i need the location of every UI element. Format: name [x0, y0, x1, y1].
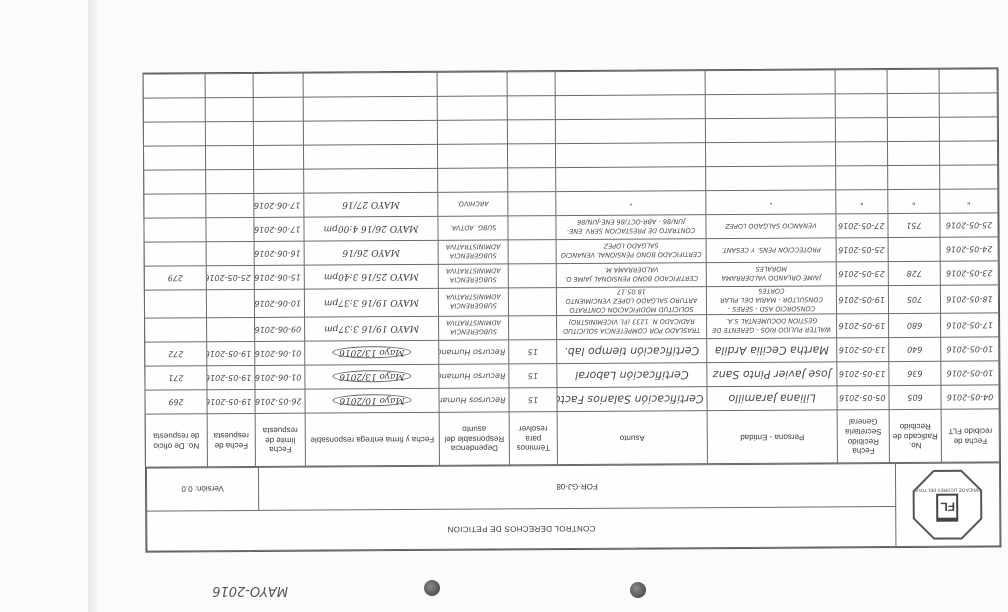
cell-asunto [555, 71, 705, 96]
cell-radicado: " [888, 189, 940, 213]
cell-fecha-secretaria: 23-05-2016 [836, 262, 888, 286]
cell-terminos [507, 144, 555, 168]
cell-persona-entidad: " [706, 190, 836, 215]
cell-asunto [555, 143, 705, 168]
fecha-limite-value: 17-06-2016 [254, 225, 301, 234]
entrega-firma-value: MAYO 25/16 3:40pm [324, 271, 419, 282]
cell-fecha-limite [253, 73, 303, 97]
cell-fecha-respuesta [206, 289, 254, 317]
cell-fecha-recibido [940, 165, 998, 189]
form-title: CONTROL DERECHOS DE PETICION [147, 506, 896, 551]
dependencia-value: SUBGERENCIA ADMINISTRATIVA [446, 319, 501, 336]
fecha-respuesta-value: 19-05-2016 [207, 349, 252, 358]
cell-persona-entidad: PROTECCION PENS. Y CESANT. [706, 238, 836, 263]
persona-entidad-value: Liliana Jaramillo [728, 392, 815, 406]
radicado-value: 640 [907, 345, 922, 354]
cell-terminos [507, 72, 555, 96]
fecha-secretaria-value: 13-05-2016 [839, 369, 886, 378]
cell-persona-entidad: Jose Javier Pinto Sanz [707, 362, 837, 387]
cell-dependencia: Recursos Humanos [439, 388, 509, 412]
cell-oficio: 269 [145, 390, 207, 414]
cell-terminos: 15 [509, 364, 557, 388]
cell-fecha-limite [253, 97, 303, 121]
cell-persona-entidad [705, 118, 835, 143]
cell-dependencia: SUBGERENCIA ADMINISTRATIVA [438, 240, 508, 264]
dependencia-value: SUBGERENCIA ADMINISTRATIVA [446, 267, 501, 284]
col-fecha-recibido: Fecha de recibido FLT [941, 409, 999, 462]
asunto-value: Certificación tiempo lab. [564, 344, 699, 358]
col-terminos: Términos para resolver [509, 412, 557, 465]
fecha-recibido-value: 17-05-2016 [946, 320, 993, 329]
asunto-value: Certificación Laboral [575, 368, 689, 382]
cell-dependencia: SUBGERENCIA ADMINISTRATIVA [439, 316, 509, 340]
fecha-limite-value: 01-06-2016 [255, 349, 302, 358]
cell-fecha-secretaria: " [836, 190, 888, 214]
dependencia-value: SUBGERENCIA ADMINISTRATIVA [446, 243, 501, 260]
persona-entidad-value: VENANCIO SALGADO LOPEZ [725, 222, 816, 231]
asunto-value: Certificación Salarios Factores [557, 392, 704, 406]
fecha-secretaria-value: 19-05-2016 [838, 295, 885, 304]
persona-entidad-value: CONSORCIO ASD - SERES - CONSULTOR - MARI… [720, 287, 823, 313]
fecha-limite-value: 01-06-2016 [255, 373, 302, 382]
cell-terminos [508, 264, 556, 288]
handwritten-month-note: MAYO-2016 [212, 583, 288, 598]
radicado-value: 605 [907, 393, 922, 402]
form-header: FL FABRICA DE LICORES DEL TOLIMA CONTROL… [146, 462, 1000, 551]
cell-radicado: 640 [889, 337, 941, 361]
cell-fecha-secretaria: 27-05-2016 [836, 214, 888, 238]
cell-fecha-recibido [939, 117, 997, 141]
cell-fecha-recibido: 18-05-2016 [940, 285, 998, 313]
cell-persona-entidad [706, 166, 836, 191]
oficio-value: 269 [168, 397, 183, 406]
petition-control-form: FL FABRICA DE LICORES DEL TOLIMA CONTROL… [143, 67, 1002, 552]
form-code: FOR-GJ-08 [258, 464, 895, 511]
fecha-limite-value: 09-06-2016 [255, 325, 302, 334]
cell-entrega-firma [303, 144, 437, 169]
cell-fecha-respuesta: 25-05-2016 [206, 265, 254, 289]
cell-radicado [887, 69, 939, 93]
cell-radicado: 751 [888, 213, 940, 237]
persona-entidad-value: " [769, 198, 772, 206]
cell-fecha-recibido: " [940, 189, 998, 213]
fecha-secretaria-value: 27-05-2016 [838, 221, 885, 230]
cell-asunto: TRASLADO POR COMPETENCIA SOLICITUD RADIC… [557, 315, 707, 340]
cell-entrega-firma: Mayo 13/2016 [305, 364, 439, 389]
cell-fecha-recibido: 24-05-2016 [940, 237, 998, 261]
cell-fecha-respuesta [206, 241, 254, 265]
cell-radicado [887, 141, 939, 165]
cell-oficio [143, 146, 205, 170]
col-radicado: No. Radicado de Recibido [889, 409, 941, 462]
entrega-firma-value: MAYO 19/16 3:37pm [324, 323, 419, 334]
cell-fecha-recibido: 10-05-2016 [941, 337, 999, 361]
asunto-value: CERTIFICADO BONO PENSIONAL VENANCIO SALG… [561, 242, 702, 260]
cell-radicado: 605 [889, 385, 941, 409]
cell-entrega-firma: Mayo 13/2016 [305, 340, 439, 365]
radicado-value: 728 [907, 269, 922, 278]
col-fecha-limite: Fecha límite de respuesta [255, 413, 305, 466]
fecha-secretaria-value: 13-05-2016 [839, 345, 886, 354]
cell-dependencia: ARCHIVO. [438, 192, 508, 216]
persona-entidad-value: WALTER PULIDO RIOS - GERENTE DE GESTION … [712, 317, 831, 335]
col-asunto: Asunto [557, 411, 707, 465]
cell-fecha-respuesta [205, 121, 253, 145]
cell-oficio [143, 74, 205, 98]
cell-asunto: CONTRATO DE PRESTACION SERV. ENE-Jun/86 … [556, 215, 706, 240]
col-oficio: No. De oficio de respuesta [145, 414, 207, 467]
cell-terminos [509, 316, 557, 340]
cell-asunto [556, 167, 706, 192]
asunto-value: SOLICITUD MODIFICACION CONTRATO ARTURO S… [566, 288, 698, 314]
cell-fecha-respuesta [206, 193, 254, 217]
persona-entidad-value: Jose Javier Pinto Sanz [713, 367, 831, 381]
cell-fecha-limite: 01-06-2016 [255, 341, 305, 365]
cell-radicado [887, 117, 939, 141]
scanned-page: MAYO-2016 FL FABRICA DE LICORES DEL TOLI… [0, 0, 1008, 612]
cell-radicado [888, 165, 940, 189]
cell-oficio [144, 242, 206, 266]
petition-table: Fecha de recibido FLT No. Radicado de Re… [143, 68, 1000, 467]
cell-fecha-respuesta [205, 73, 253, 97]
cell-persona-entidad: VENANCIO SALGADO LOPEZ [706, 214, 836, 239]
terminos-value: 15 [528, 395, 538, 404]
cell-fecha-recibido [939, 141, 997, 165]
cell-asunto: Certificación Salarios Factores [557, 387, 707, 412]
fecha-respuesta-value: 19-05-2016 [207, 397, 252, 406]
cell-asunto [555, 95, 705, 120]
cell-fecha-secretaria: 19-05-2016 [837, 314, 889, 338]
cell-terminos [508, 240, 556, 264]
fecha-secretaria-value: 19-05-2016 [839, 321, 886, 330]
terminos-value: 15 [528, 371, 538, 380]
dependencia-value: Recurso Humano [439, 371, 506, 380]
cell-dependencia: SUBGERENCIA ADMINISTRATIVA [438, 264, 508, 288]
radicado-value: 636 [907, 369, 922, 378]
fecha-recibido-value: 23-05-2016 [946, 268, 993, 277]
persona-entidad-value: Martha Cecilia Ardila [715, 343, 829, 357]
cell-oficio [144, 194, 206, 218]
cell-fecha-limite: 15-06-2016 [254, 265, 304, 289]
cell-fecha-limite: 16-06-2016 [254, 241, 304, 265]
cell-terminos [508, 192, 556, 216]
cell-radicado: 728 [888, 261, 940, 285]
cell-fecha-respuesta [205, 145, 253, 169]
radicado-value: " [912, 197, 916, 206]
cell-radicado [887, 93, 939, 117]
col-fecha-respuesta: Fecha de respuesta [207, 413, 255, 466]
cell-oficio: 272 [145, 342, 207, 366]
cell-entrega-firma: MAYO 19/16 3:37pm [304, 288, 438, 317]
cell-asunto: " [556, 191, 706, 216]
col-entrega: Fecha y firma entrega responsable [305, 412, 439, 466]
cell-terminos [508, 168, 556, 192]
entrega-firma-value: MAYO 26/16 [342, 248, 400, 258]
dependencia-value: Recursos Humanos [439, 395, 506, 404]
fecha-recibido-value: 18-05-2016 [946, 294, 993, 303]
cell-fecha-limite [253, 145, 303, 169]
cell-fecha-respuesta [207, 317, 255, 341]
asunto-value: TRASLADO POR COMPETENCIA SOLICITUD RADIC… [563, 318, 700, 336]
fecha-recibido-value: 04-05-2016 [947, 392, 994, 401]
cell-fecha-secretaria [835, 142, 887, 166]
cell-fecha-respuesta [205, 97, 253, 121]
cell-terminos: 15 [509, 340, 557, 364]
entrega-firma-value: Mayo 10/2016 [332, 394, 411, 406]
cell-oficio [144, 170, 206, 194]
dependencia-value: SUBG. ADTVA. [450, 223, 497, 231]
cell-fecha-secretaria [835, 94, 887, 118]
fecha-recibido-value: " [967, 197, 971, 206]
fecha-recibido-value: 10-05-2016 [947, 368, 994, 377]
entrega-firma-value: MAYO 26/16 4:00pm [324, 223, 419, 234]
cell-fecha-limite: 17-06-2016 [254, 193, 304, 217]
cell-fecha-recibido: 04-05-2016 [941, 385, 999, 409]
fecha-respuesta-value: 19-05-2016 [207, 373, 252, 382]
cell-persona-entidad: JAIME ORLANDO VALDERRAMA MORALES [706, 262, 836, 287]
fecha-secretaria-value: 05-05-2016 [839, 393, 886, 402]
asunto-value: " [629, 199, 632, 207]
fecha-recibido-value: 10-05-2016 [946, 344, 993, 353]
cell-dependencia [437, 96, 507, 120]
col-persona-entidad: Persona - Entidad [707, 410, 837, 464]
cell-fecha-limite: 17-06-2016 [254, 217, 304, 241]
fecha-limite-value: 16-06-2016 [254, 249, 301, 258]
table-header-row: Fecha de recibido FLT No. Radicado de Re… [145, 409, 999, 467]
cell-fecha-recibido: 17-05-2016 [941, 313, 999, 337]
cell-asunto: Certificación tiempo lab. [557, 339, 707, 364]
cell-oficio [144, 290, 206, 318]
cell-fecha-secretaria: 19-05-2016 [836, 286, 888, 314]
cell-entrega-firma: Mayo 10/2016 [305, 388, 439, 413]
fecha-limite-value: 15-06-2016 [254, 273, 301, 282]
cell-oficio [144, 218, 206, 242]
cell-persona-entidad: WALTER PULIDO RIOS - GERENTE DE GESTION … [707, 314, 837, 339]
fecha-limite-value: 17-06-2016 [254, 201, 301, 210]
cell-fecha-limite [253, 121, 303, 145]
cell-entrega-firma [303, 96, 437, 121]
oficio-value: 279 [168, 273, 183, 282]
cell-fecha-respuesta [206, 169, 254, 193]
dependencia-value: SUBGERENCIA ADMINISTRATIVA [446, 293, 501, 310]
cell-asunto: SOLICITUD MODIFICACION CONTRATO ARTURO S… [556, 287, 706, 316]
cell-entrega-firma [304, 168, 438, 193]
company-logo: FL FABRICA DE LICORES DEL TOLIMA [912, 469, 982, 539]
cell-persona-entidad: CONSORCIO ASD - SERES - CONSULTOR - MARI… [706, 286, 836, 315]
cell-dependencia: SUBGERENCIA ADMINISTRATIVA [438, 288, 508, 316]
entrega-firma-value: MAYO 19/16 3:37pm [324, 297, 419, 308]
fecha-secretaria-value: " [860, 197, 864, 206]
cell-fecha-secretaria [835, 70, 887, 94]
persona-entidad-value: JAIME ORLANDO VALDERRAMA MORALES [722, 265, 822, 282]
logo-mark-icon: FL [937, 494, 959, 522]
radicado-value: 705 [907, 295, 922, 304]
cell-radicado: 636 [889, 361, 941, 385]
cell-terminos [507, 120, 555, 144]
cell-terminos [508, 216, 556, 240]
cell-fecha-recibido [939, 69, 997, 93]
cell-oficio [145, 318, 207, 342]
cell-fecha-respuesta: 19-05-2016 [207, 341, 255, 365]
cell-fecha-limite: 10-06-2016 [254, 289, 304, 317]
cell-terminos: 15 [509, 388, 557, 412]
persona-entidad-value: PROTECCION PENS. Y CESANT. [722, 245, 821, 254]
cell-persona-entidad [705, 70, 835, 95]
fecha-limite-value: 10-06-2016 [254, 299, 301, 308]
cell-entrega-firma: MAYO 25/16 3:40pm [304, 264, 438, 289]
cell-persona-entidad [705, 142, 835, 167]
cell-fecha-secretaria: 05-05-2016 [837, 386, 889, 410]
oficio-value: 271 [168, 373, 183, 382]
cell-fecha-secretaria [836, 166, 888, 190]
cell-terminos [508, 288, 556, 316]
cell-fecha-limite: 09-06-2016 [255, 317, 305, 341]
cell-fecha-secretaria [835, 118, 887, 142]
cell-dependencia [437, 72, 507, 96]
cell-persona-entidad [705, 94, 835, 119]
col-fecha-secretaria: Fecha Recibido Secretaria General [837, 410, 889, 463]
dependencia-value: Recurso Humano [439, 347, 506, 356]
cell-persona-entidad: Martha Cecilia Ardila [707, 338, 837, 363]
table-row: 18-05-201670519-05-2016CONSORCIO ASD - S… [144, 285, 998, 318]
cell-fecha-secretaria: 13-05-2016 [837, 338, 889, 362]
cell-entrega-firma: MAYO 27/16 [304, 192, 438, 217]
cell-fecha-limite: 01-06-2016 [255, 365, 305, 389]
cell-radicado: 705 [888, 285, 940, 313]
cell-fecha-respuesta: 19-05-2016 [207, 365, 255, 389]
cell-dependencia: Recurso Humano [439, 340, 509, 364]
cell-oficio: 279 [144, 266, 206, 290]
cell-entrega-firma [303, 72, 437, 97]
form-version: Versión: 0.0 [146, 467, 258, 511]
cell-oficio [143, 122, 205, 146]
cell-entrega-firma: MAYO 26/16 [304, 240, 438, 265]
fecha-secretaria-value: 25-05-2016 [838, 245, 885, 254]
cell-radicado [888, 237, 940, 261]
entrega-firma-value: Mayo 13/2016 [332, 346, 411, 358]
asunto-value: CERTIFICADO BONO PENSIONAL JAIME O. VALD… [565, 266, 699, 284]
cell-entrega-firma [303, 120, 437, 145]
cell-radicado: 680 [889, 313, 941, 337]
fecha-recibido-value: 24-05-2016 [946, 244, 993, 253]
logo-text: FABRICA DE LICORES DEL TOLIMA [910, 487, 985, 492]
cell-fecha-secretaria: 13-05-2016 [837, 362, 889, 386]
cell-dependencia: SUBG. ADTVA. [438, 216, 508, 240]
entrega-firma-value: Mayo 13/2016 [332, 370, 411, 382]
cell-asunto: CERTIFICADO BONO PENSIONAL JAIME O. VALD… [556, 263, 706, 288]
cell-fecha-limite: 26-05-2016 [255, 389, 305, 413]
cell-dependencia [437, 144, 507, 168]
asunto-value: CONTRATO DE PRESTACION SERV. ENE-Jun/86 … [567, 218, 695, 236]
entrega-firma-value: MAYO 27/16 [342, 200, 400, 210]
cell-persona-entidad: Liliana Jaramillo [707, 386, 837, 411]
cell-entrega-firma: MAYO 26/16 4:00pm [304, 216, 438, 241]
cell-entrega-firma: MAYO 19/16 3:37pm [305, 316, 439, 341]
cell-fecha-limite [254, 169, 304, 193]
cell-fecha-recibido: 23-05-2016 [940, 261, 998, 285]
terminos-value: 15 [528, 347, 538, 356]
cell-oficio: 271 [145, 366, 207, 390]
cell-fecha-secretaria: 25-05-2016 [836, 238, 888, 262]
table-body: 04-05-201660505-05-2016Liliana Jaramillo… [143, 69, 999, 414]
fecha-recibido-value: 25-05-2016 [946, 220, 993, 229]
cell-fecha-respuesta: 19-05-2016 [207, 389, 255, 413]
cell-fecha-recibido: 10-05-2016 [941, 361, 999, 385]
cell-fecha-recibido [939, 93, 997, 117]
cell-dependencia [438, 168, 508, 192]
fecha-respuesta-value: 25-05-2016 [206, 273, 251, 282]
cell-dependencia [437, 120, 507, 144]
col-dependencia: Dependencia Responsable del asunto [439, 412, 509, 465]
cell-asunto [555, 119, 705, 144]
cell-oficio [143, 98, 205, 122]
fecha-limite-value: 26-05-2016 [255, 397, 302, 406]
fecha-secretaria-value: 23-05-2016 [838, 269, 885, 278]
cell-fecha-respuesta [206, 217, 254, 241]
dependencia-value: ARCHIVO. [457, 200, 489, 208]
radicado-value: 680 [907, 321, 922, 330]
logo-cell: FL FABRICA DE LICORES DEL TOLIMA [895, 463, 1000, 547]
cell-asunto: CERTIFICADO BONO PENSIONAL VENANCIO SALG… [556, 239, 706, 264]
cell-fecha-recibido: 25-05-2016 [940, 213, 998, 237]
cell-dependencia: Recurso Humano [439, 364, 509, 388]
cell-terminos [507, 96, 555, 120]
oficio-value: 272 [168, 349, 183, 358]
radicado-value: 751 [906, 221, 921, 230]
cell-asunto: Certificación Laboral [557, 363, 707, 388]
